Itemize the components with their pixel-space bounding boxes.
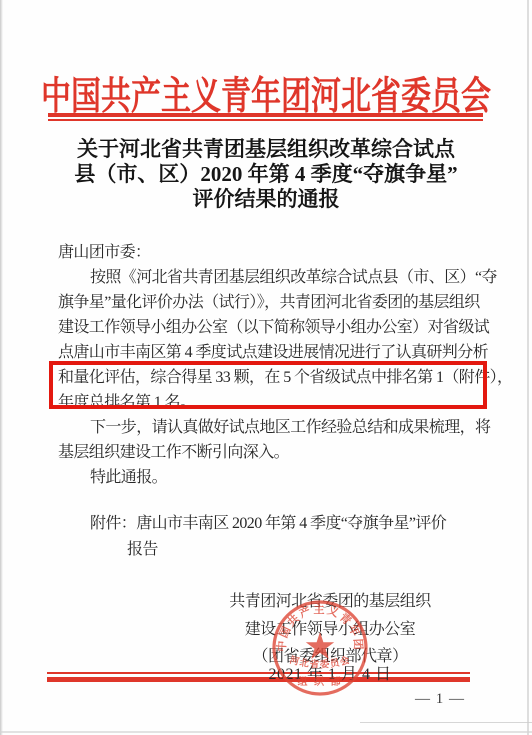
page-edge-bottom: [0, 731, 532, 733]
salutation: 唐山团市委：: [58, 240, 478, 265]
highlighted-line: 和量化评估，综合得星 33 颗，在 5 个省级试点中排名第 1（附件），: [58, 365, 478, 390]
body-line: 旗争星”量化评价办法（试行）》，共青团河北省委团的基层组织: [58, 290, 478, 315]
seal-inner-line2: 组 织 部: [298, 675, 343, 688]
document-title: 关于河北省共青团基层组织改革综合试点 县（市、区）2020 年第 4 季度“夺旗…: [0, 137, 532, 212]
document-body: 唐山团市委： 按照《河北省共青团基层组织改革综合试点县（市、区）“夺 旗争星”量…: [58, 240, 478, 490]
body-line: 下一步，请认真做好试点地区工作经验总结和成果梳理，将: [58, 415, 478, 440]
official-seal: 中国共产主义青年团 河北省委员会 组 织 部: [269, 599, 371, 699]
body-line: 基层组织建设工作不断引向深入。: [58, 440, 478, 465]
page-number: — 1 —: [400, 691, 480, 708]
title-line-1: 关于河北省共青团基层组织改革综合试点: [0, 137, 532, 162]
scanned-document-page: 中国共产主义青年团河北省委员会 关于河北省共青团基层组织改革综合试点 县（市、区…: [0, 0, 532, 735]
seal-star-icon: [306, 632, 334, 659]
seal-inner-line1: 河北省委员会: [288, 654, 352, 671]
header-rule-thin: [48, 119, 483, 121]
highlighted-line: 年度总排名第 1 名。: [58, 390, 478, 415]
header-org-name: 中国共产主义青年团河北省委员会: [0, 64, 532, 120]
page-edge-bottom-right: [360, 722, 532, 723]
closing-line: 特此通报。: [58, 465, 478, 490]
body-line: 按照《河北省共青团基层组织改革综合试点县（市、区）“夺: [58, 265, 478, 290]
attachment-line-2: 报告: [127, 537, 490, 563]
attachment-line-1: 附件：唐山市丰南区 2020 年第 4 季度“夺旗争星”评价: [90, 511, 490, 537]
header-rule-thick: [48, 113, 483, 117]
body-line: 点唐山市丰南区第 4 季度试点建设进展情况进行了认真研判分析: [58, 340, 478, 365]
attachment-note: 附件：唐山市丰南区 2020 年第 4 季度“夺旗争星”评价 报告: [90, 511, 490, 563]
seal-inner-line1-container: 河北省委员会: [288, 654, 352, 671]
title-line-3: 评价结果的通报: [0, 187, 532, 212]
title-line-2: 县（市、区）2020 年第 4 季度“夺旗争星”: [0, 162, 532, 187]
body-line: 建设工作领导小组办公室（以下简称领导小组办公室）对省级试: [58, 315, 478, 340]
